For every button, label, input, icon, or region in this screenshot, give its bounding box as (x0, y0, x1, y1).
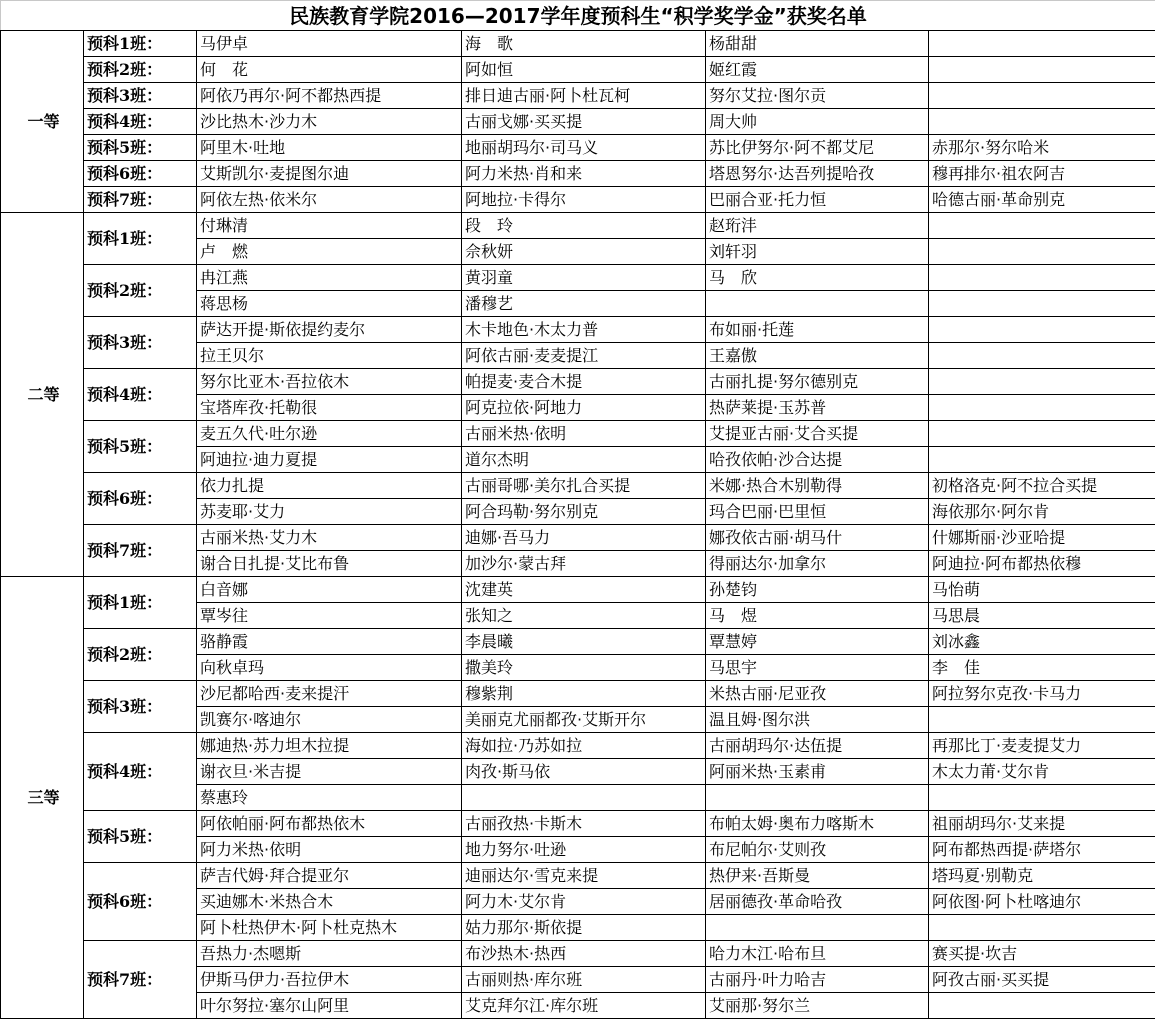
student-name-cell[interactable]: 努尔艾拉·图尔贡 (706, 83, 929, 109)
student-name-cell[interactable]: 迪娜·吾马力 (462, 525, 706, 551)
table-row: 预科4班：努尔比亚木·吾拉依木帕提麦·麦合木提古丽扎提·努尔德别克 (1, 369, 1155, 395)
student-name-cell[interactable]: 谢合日扎提·艾比布鲁 (197, 551, 462, 577)
student-name-cell[interactable]: 张知之 (462, 603, 706, 629)
student-name-cell[interactable]: 麦五久代·吐尔逊 (197, 421, 462, 447)
student-name-cell[interactable]: 何 花 (197, 57, 462, 83)
student-name-cell[interactable]: 李 佳 (929, 655, 1155, 681)
table-row: 预科7班：古丽米热·艾力木迪娜·吾马力娜孜依古丽·胡马什什娜斯丽·沙亚哈提 (1, 525, 1155, 551)
student-name-cell[interactable]: 白音娜 (197, 577, 462, 603)
student-name-cell[interactable] (929, 369, 1155, 395)
student-name-cell[interactable]: 姑力那尔·斯依提 (462, 915, 706, 941)
student-name-cell[interactable]: 迪丽达尔·雪克来提 (462, 863, 706, 889)
student-name-cell[interactable]: 孙楚钧 (706, 577, 929, 603)
student-name-cell[interactable]: 巴丽合亚·托力恒 (706, 187, 929, 213)
student-name-cell[interactable] (929, 785, 1155, 811)
student-name-cell[interactable]: 居丽德孜·革命哈孜 (706, 889, 929, 915)
class-label: 预科3班： (84, 83, 197, 109)
student-name-cell[interactable]: 热萨莱提·玉苏普 (706, 395, 929, 421)
student-name-cell[interactable]: 李晨曦 (462, 629, 706, 655)
student-name-cell[interactable]: 米娜·热合木别勒得 (706, 473, 929, 499)
student-name-cell[interactable] (929, 265, 1155, 291)
student-name-cell[interactable]: 热伊来·吾斯曼 (706, 863, 929, 889)
student-name-cell[interactable]: 冉江燕 (197, 265, 462, 291)
student-name-cell[interactable]: 努尔比亚木·吾拉依木 (197, 369, 462, 395)
student-name-cell[interactable]: 阿布都热西提·萨塔尔 (929, 837, 1155, 863)
student-name-cell[interactable]: 马怡萌 (929, 577, 1155, 603)
student-name-cell[interactable]: 温且姆·图尔洪 (706, 707, 929, 733)
student-name-cell[interactable]: 穆再排尔·祖农阿吉 (929, 161, 1155, 187)
student-name-cell[interactable]: 刘轩羽 (706, 239, 929, 265)
student-name-cell[interactable]: 木卡地色·木太力普 (462, 317, 706, 343)
class-label: 预科1班： (84, 213, 197, 265)
student-name-cell[interactable] (929, 83, 1155, 109)
student-name-cell[interactable]: 苏比伊努尔·阿不都艾尼 (706, 135, 929, 161)
class-label: 预科7班： (84, 941, 197, 1019)
student-name-cell[interactable]: 哈孜依帕·沙合达提 (706, 447, 929, 473)
award-tier-label: 二等 (1, 213, 84, 577)
student-name-cell[interactable]: 米热古丽·尼亚孜 (706, 681, 929, 707)
student-name-cell[interactable] (929, 343, 1155, 369)
student-name-cell[interactable]: 阿如恒 (462, 57, 706, 83)
student-name-cell[interactable]: 布帕太姆·奥布力喀斯木 (706, 811, 929, 837)
student-name-cell[interactable]: 吾热力·杰嗯斯 (197, 941, 462, 967)
student-name-cell[interactable]: 阿合玛勒·努尔别克 (462, 499, 706, 525)
class-label: 预科4班： (84, 733, 197, 811)
student-name-cell[interactable]: 古丽孜热·卡斯木 (462, 811, 706, 837)
student-name-cell[interactable]: 刘冰鑫 (929, 629, 1155, 655)
student-name-cell[interactable]: 道尔杰明 (462, 447, 706, 473)
table-row: 预科5班：阿依帕丽·阿布都热依木古丽孜热·卡斯木布帕太姆·奥布力喀斯木祖丽胡玛尔… (1, 811, 1155, 837)
student-name-cell[interactable]: 阿卜杜热伊木·阿卜杜克热木 (197, 915, 462, 941)
table-row: 预科7班：阿依左热·依米尔阿地拉·卡得尔巴丽合亚·托力恒哈德古丽·革命别克 (1, 187, 1155, 213)
student-name-cell[interactable]: 肉孜·斯马依 (462, 759, 706, 785)
table-row: 预科2班：骆静霞李晨曦覃慧婷刘冰鑫 (1, 629, 1155, 655)
student-name-cell[interactable]: 叶尔努拉·塞尔山阿里 (197, 993, 462, 1019)
student-name-cell[interactable]: 哈力木江·哈布旦 (706, 941, 929, 967)
student-name-cell[interactable]: 向秋卓玛 (197, 655, 462, 681)
student-name-cell[interactable]: 布如丽·托莲 (706, 317, 929, 343)
table-row: 预科6班：萨吉代姆·拜合提亚尔迪丽达尔·雪克来提热伊来·吾斯曼塔玛夏·别勒克 (1, 863, 1155, 889)
student-name-cell[interactable]: 地丽胡玛尔·司马义 (462, 135, 706, 161)
student-name-cell[interactable]: 玛合巴丽·巴里恒 (706, 499, 929, 525)
student-name-cell[interactable]: 阿依图·阿卜杜喀迪尔 (929, 889, 1155, 915)
student-name-cell[interactable]: 凯赛尔·喀迪尔 (197, 707, 462, 733)
student-name-cell[interactable] (706, 291, 929, 317)
student-name-cell[interactable]: 卢 燃 (197, 239, 462, 265)
student-name-cell[interactable]: 木太力莆·艾尔肯 (929, 759, 1155, 785)
student-name-cell[interactable]: 得丽达尔·加拿尔 (706, 551, 929, 577)
class-label: 预科6班： (84, 473, 197, 525)
student-name-cell[interactable]: 帕提麦·麦合木提 (462, 369, 706, 395)
student-name-cell[interactable]: 地力努尔·吐逊 (462, 837, 706, 863)
student-name-cell[interactable]: 王嘉傲 (706, 343, 929, 369)
student-name-cell[interactable]: 阿依古丽·麦麦提江 (462, 343, 706, 369)
student-name-cell[interactable]: 伊斯马伊力·吾拉伊木 (197, 967, 462, 993)
student-name-cell[interactable]: 谢衣旦·米吉提 (197, 759, 462, 785)
table-row: 预科3班：沙尼都哈西·麦来提汗穆紫荆米热古丽·尼亚孜阿拉努尔克孜·卡马力 (1, 681, 1155, 707)
table-row: 一等预科1班：马伊卓海 歌杨甜甜 (1, 31, 1155, 57)
student-name-cell[interactable]: 赤那尔·努尔哈米 (929, 135, 1155, 161)
student-name-cell[interactable]: 古丽哥哪·美尔扎合买提 (462, 473, 706, 499)
student-name-cell[interactable]: 艾提亚古丽·艾合买提 (706, 421, 929, 447)
student-name-cell[interactable]: 古丽胡玛尔·达伍提 (706, 733, 929, 759)
student-name-cell[interactable]: 艾斯凯尔·麦提图尔迪 (197, 161, 462, 187)
student-name-cell[interactable]: 古丽扎提·努尔德别克 (706, 369, 929, 395)
student-name-cell[interactable]: 马伊卓 (197, 31, 462, 57)
student-name-cell[interactable]: 艾丽那·努尔兰 (706, 993, 929, 1019)
student-name-cell[interactable]: 阿力米热·肖和来 (462, 161, 706, 187)
student-name-cell[interactable]: 古丽米热·依明 (462, 421, 706, 447)
student-name-cell[interactable]: 古丽戈娜·买买提 (462, 109, 706, 135)
student-name-cell[interactable]: 撒美玲 (462, 655, 706, 681)
student-name-cell[interactable]: 布尼帕尔·艾则孜 (706, 837, 929, 863)
table-row: 预科7班：吾热力·杰嗯斯布沙热木·热西哈力木江·哈布旦赛买提·坎吉 (1, 941, 1155, 967)
class-label: 预科1班： (84, 577, 197, 629)
student-name-cell[interactable]: 海如拉·乃苏如拉 (462, 733, 706, 759)
student-name-cell[interactable]: 姬红霞 (706, 57, 929, 83)
student-name-cell[interactable]: 付琳清 (197, 213, 462, 239)
student-name-cell[interactable]: 杨甜甜 (706, 31, 929, 57)
student-name-cell[interactable]: 马思宇 (706, 655, 929, 681)
student-name-cell[interactable] (929, 291, 1155, 317)
student-name-cell[interactable] (929, 421, 1155, 447)
student-name-cell[interactable]: 沙尼都哈西·麦来提汗 (197, 681, 462, 707)
student-name-cell[interactable]: 沙比热木·沙力木 (197, 109, 462, 135)
table-row: 预科3班：阿依乃再尔·阿不都热西提排日迪古丽·阿卜杜瓦柯努尔艾拉·图尔贡 (1, 83, 1155, 109)
student-name-cell[interactable] (929, 395, 1155, 421)
student-name-cell[interactable]: 美丽克尤丽都孜·艾斯开尔 (462, 707, 706, 733)
student-name-cell[interactable]: 赛买提·坎吉 (929, 941, 1155, 967)
student-name-cell[interactable] (706, 785, 929, 811)
student-name-cell[interactable]: 娜迪热·苏力坦木拉提 (197, 733, 462, 759)
student-name-cell[interactable] (929, 993, 1155, 1019)
student-name-cell[interactable] (929, 31, 1155, 57)
class-label: 预科7班： (84, 525, 197, 577)
student-name-cell[interactable]: 娜孜依古丽·胡马什 (706, 525, 929, 551)
award-tier-label: 三等 (1, 577, 84, 1019)
class-label: 预科2班： (84, 629, 197, 681)
student-name-cell[interactable]: 阿克拉依·阿地力 (462, 395, 706, 421)
student-name-cell[interactable]: 加沙尔·蒙古拜 (462, 551, 706, 577)
student-name-cell[interactable]: 阿迪拉·阿布都热依穆 (929, 551, 1155, 577)
student-name-cell[interactable]: 蒋思杨 (197, 291, 462, 317)
student-name-cell[interactable]: 萨达开提·斯依提约麦尔 (197, 317, 462, 343)
table-row: 预科4班：娜迪热·苏力坦木拉提海如拉·乃苏如拉古丽胡玛尔·达伍提再那比丁·麦麦提… (1, 733, 1155, 759)
student-name-cell[interactable]: 阿迪拉·迪力夏提 (197, 447, 462, 473)
table-row: 预科4班：沙比热木·沙力木古丽戈娜·买买提周大帅 (1, 109, 1155, 135)
student-name-cell[interactable] (929, 447, 1155, 473)
student-name-cell[interactable]: 阿力米热·依明 (197, 837, 462, 863)
class-label: 预科5班： (84, 421, 197, 473)
student-name-cell[interactable]: 阿丽米热·玉素甫 (706, 759, 929, 785)
student-name-cell[interactable]: 段 玲 (462, 213, 706, 239)
student-name-cell[interactable]: 拉王贝尔 (197, 343, 462, 369)
award-tier-label: 一等 (1, 31, 84, 213)
student-name-cell[interactable]: 阿地拉·卡得尔 (462, 187, 706, 213)
class-label: 预科1班： (84, 31, 197, 57)
student-name-cell[interactable]: 黄羽童 (462, 265, 706, 291)
student-name-cell[interactable]: 艾克拜尔江·库尔班 (462, 993, 706, 1019)
class-label: 预科2班： (84, 265, 197, 317)
student-name-cell[interactable]: 排日迪古丽·阿卜杜瓦柯 (462, 83, 706, 109)
student-name-cell[interactable]: 哈德古丽·革命别克 (929, 187, 1155, 213)
student-name-cell[interactable] (929, 109, 1155, 135)
student-name-cell[interactable]: 塔玛夏·别勒克 (929, 863, 1155, 889)
student-name-cell[interactable]: 买迪娜木·米热合木 (197, 889, 462, 915)
document-title: 民族教育学院2016—2017学年度预科生“积学奖学金”获奖名单 (0, 0, 1155, 30)
student-name-cell[interactable]: 马 欣 (706, 265, 929, 291)
table-row: 预科5班：阿里木·吐地地丽胡玛尔·司马义苏比伊努尔·阿不都艾尼赤那尔·努尔哈米 (1, 135, 1155, 161)
student-name-cell[interactable]: 海 歌 (462, 31, 706, 57)
student-name-cell[interactable]: 马思晨 (929, 603, 1155, 629)
student-name-cell[interactable]: 佘秋妍 (462, 239, 706, 265)
student-name-cell[interactable]: 覃岑往 (197, 603, 462, 629)
student-name-cell[interactable]: 祖丽胡玛尔·艾来提 (929, 811, 1155, 837)
table-row: 预科3班：萨达开提·斯依提约麦尔木卡地色·木太力普布如丽·托莲 (1, 317, 1155, 343)
class-label: 预科4班： (84, 109, 197, 135)
class-label: 预科5班： (84, 135, 197, 161)
class-label: 预科7班： (84, 187, 197, 213)
student-name-cell[interactable] (929, 317, 1155, 343)
student-name-cell[interactable]: 赵珩沣 (706, 213, 929, 239)
student-name-cell[interactable]: 再那比丁·麦麦提艾力 (929, 733, 1155, 759)
student-name-cell[interactable]: 阿依乃再尔·阿不都热西提 (197, 83, 462, 109)
student-name-cell[interactable]: 萨吉代姆·拜合提亚尔 (197, 863, 462, 889)
award-list-table: 一等预科1班：马伊卓海 歌杨甜甜预科2班：何 花阿如恒姬红霞预科3班：阿依乃再尔… (0, 30, 1155, 1019)
table-row: 预科5班：麦五久代·吐尔逊古丽米热·依明艾提亚古丽·艾合买提 (1, 421, 1155, 447)
student-name-cell[interactable]: 覃慧婷 (706, 629, 929, 655)
student-name-cell[interactable]: 周大帅 (706, 109, 929, 135)
table-row: 三等预科1班：白音娜沈建英孙楚钧马怡萌 (1, 577, 1155, 603)
table-row: 预科2班：何 花阿如恒姬红霞 (1, 57, 1155, 83)
student-name-cell[interactable] (706, 915, 929, 941)
student-name-cell[interactable]: 古丽丹·叶力哈吉 (706, 967, 929, 993)
student-name-cell[interactable]: 布沙热木·热西 (462, 941, 706, 967)
student-name-cell[interactable]: 蔡惠玲 (197, 785, 462, 811)
class-label: 预科3班： (84, 317, 197, 369)
class-label: 预科5班： (84, 811, 197, 863)
student-name-cell[interactable]: 穆紫荆 (462, 681, 706, 707)
student-name-cell[interactable]: 阿依左热·依米尔 (197, 187, 462, 213)
student-name-cell[interactable]: 苏麦耶·艾力 (197, 499, 462, 525)
table-row: 预科2班：冉江燕黄羽童马 欣 (1, 265, 1155, 291)
table-row: 预科6班：艾斯凯尔·麦提图尔迪阿力米热·肖和来塔恩努尔·达吾列提哈孜穆再排尔·祖… (1, 161, 1155, 187)
class-label: 预科4班： (84, 369, 197, 421)
student-name-cell[interactable] (929, 915, 1155, 941)
student-name-cell[interactable]: 古丽米热·艾力木 (197, 525, 462, 551)
student-name-cell[interactable]: 阿力木·艾尔肯 (462, 889, 706, 915)
student-name-cell[interactable] (929, 239, 1155, 265)
student-name-cell[interactable]: 塔恩努尔·达吾列提哈孜 (706, 161, 929, 187)
student-name-cell[interactable]: 古丽则热·库尔班 (462, 967, 706, 993)
student-name-cell[interactable]: 依力扎提 (197, 473, 462, 499)
award-list-body: 一等预科1班：马伊卓海 歌杨甜甜预科2班：何 花阿如恒姬红霞预科3班：阿依乃再尔… (1, 31, 1155, 1019)
table-row: 预科6班：依力扎提古丽哥哪·美尔扎合买提米娜·热合木别勒得初格洛克·阿不拉合买提 (1, 473, 1155, 499)
student-name-cell[interactable] (929, 57, 1155, 83)
student-name-cell[interactable]: 潘穆艺 (462, 291, 706, 317)
student-name-cell[interactable]: 骆静霞 (197, 629, 462, 655)
class-label: 预科3班： (84, 681, 197, 733)
student-name-cell[interactable]: 阿拉努尔克孜·卡马力 (929, 681, 1155, 707)
student-name-cell[interactable] (929, 707, 1155, 733)
class-label: 预科6班： (84, 161, 197, 187)
student-name-cell[interactable]: 马 煜 (706, 603, 929, 629)
student-name-cell[interactable]: 什娜斯丽·沙亚哈提 (929, 525, 1155, 551)
student-name-cell[interactable]: 沈建英 (462, 577, 706, 603)
student-name-cell[interactable]: 阿孜古丽·买买提 (929, 967, 1155, 993)
student-name-cell[interactable]: 初格洛克·阿不拉合买提 (929, 473, 1155, 499)
student-name-cell[interactable]: 阿里木·吐地 (197, 135, 462, 161)
student-name-cell[interactable] (929, 213, 1155, 239)
table-row: 二等预科1班：付琳清段 玲赵珩沣 (1, 213, 1155, 239)
class-label: 预科2班： (84, 57, 197, 83)
class-label: 预科6班： (84, 863, 197, 941)
student-name-cell[interactable]: 海依那尔·阿尔肯 (929, 499, 1155, 525)
student-name-cell[interactable]: 阿依帕丽·阿布都热依木 (197, 811, 462, 837)
student-name-cell[interactable]: 宝塔库孜·托勒很 (197, 395, 462, 421)
student-name-cell[interactable] (462, 785, 706, 811)
